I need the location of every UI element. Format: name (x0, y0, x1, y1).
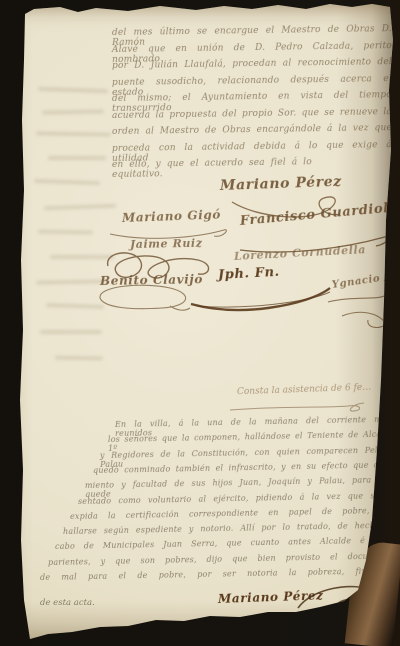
bleed-through-mark (42, 109, 104, 114)
signature: Mariano Pérez (220, 174, 342, 194)
signature-rubric-flourish (228, 192, 348, 224)
bleed-through-mark (34, 179, 100, 185)
signature-rubric-flourish (188, 284, 336, 314)
bleed-through-mark (55, 356, 103, 361)
handwritten-line: orden al Maestro de Obras encargándole á… (112, 123, 392, 137)
signature-rubric-flourish (106, 226, 234, 244)
manuscript-paper: del mes último se encargue el Maestro de… (0, 0, 400, 646)
bleed-through-mark (40, 330, 102, 334)
handwritten-line: expida la certificación correspondiente … (70, 506, 394, 521)
signature-rubric-flourish (322, 292, 392, 332)
bleed-through-mark (44, 204, 116, 211)
dateline-underline-flourish (228, 398, 368, 414)
signature: Mariano Gigó (122, 208, 221, 225)
signature-rubric-flourish (238, 230, 390, 256)
bleed-through-mark (36, 131, 111, 136)
signature: Jph. Fn. (218, 265, 280, 283)
closing-line: de esta acta. (40, 598, 95, 608)
page-background: del mes último se encargue el Maestro de… (0, 0, 400, 646)
handwritten-line: parientes, y que son pobres, dijo que bi… (47, 551, 394, 567)
signature: Ygnacio Alz. (331, 269, 400, 290)
handwritten-line: hallarse según espediente y notorio. All… (62, 521, 394, 536)
bleed-through-mark (38, 230, 93, 235)
section-dateline: Consta la asistencia de 6 fe… (237, 383, 367, 398)
handwritten-line: cabo de Municipales Juan Serra, que cuan… (55, 536, 394, 552)
bleed-through-mark (38, 87, 108, 93)
bleed-through-mark (48, 156, 106, 160)
